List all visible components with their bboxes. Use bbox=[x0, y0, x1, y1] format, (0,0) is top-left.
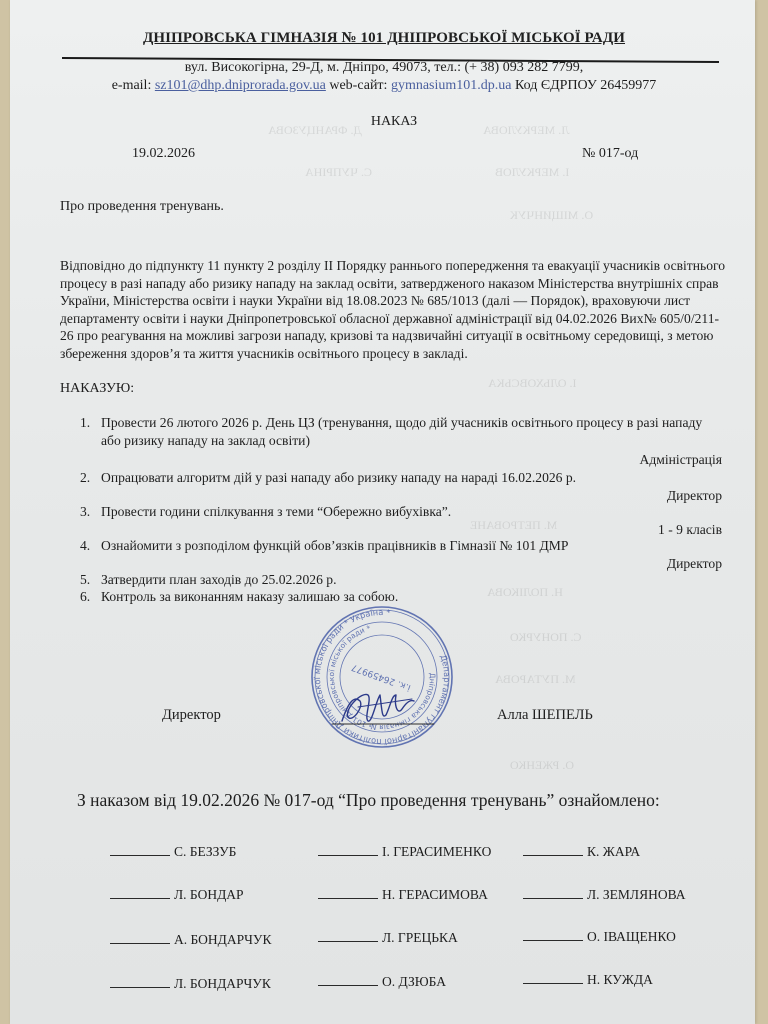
signer-name: Л. ЗЕМЛЯНОВА bbox=[587, 887, 685, 902]
bleed-through-text: М. ПУТАРОВА bbox=[495, 672, 576, 687]
signature-blank[interactable] bbox=[318, 984, 378, 986]
signature-blank[interactable] bbox=[110, 986, 170, 988]
signature-blank[interactable] bbox=[318, 897, 378, 899]
signer-name: К. ЖАРА bbox=[587, 844, 640, 859]
signer-entry: І. ГЕРАСИМЕНКО bbox=[318, 844, 491, 860]
email-label: e-mail: bbox=[112, 78, 152, 93]
signer-entry: Л. ЗЕМЛЯНОВА bbox=[523, 887, 685, 903]
item-text: Ознайомити з розподілом функцій обов’язк… bbox=[101, 537, 721, 555]
preamble-paragraph: Відповідно до підпункту 11 пункту 2 розд… bbox=[60, 257, 730, 362]
document-subject: Про проведення тренувань. bbox=[60, 199, 224, 215]
signer-entry: К. ЖАРА bbox=[523, 844, 640, 860]
signer-entry: С. БЕЗЗУБ bbox=[110, 844, 236, 860]
bleed-through-text: О. РЖЕНКО bbox=[510, 758, 574, 773]
item-number: 3. bbox=[80, 503, 90, 521]
item-responsible: Адміністрація bbox=[640, 451, 722, 469]
document-type: НАКАЗ bbox=[0, 114, 768, 130]
official-stamp-icon: Департамент гуманітарної політики Дніпро… bbox=[302, 603, 462, 748]
edrpou-code: Код ЄДРПОУ 26459977 bbox=[515, 78, 656, 93]
item-number: 2. bbox=[80, 469, 90, 487]
signer-entry: Л. ГРЕЦЬКА bbox=[318, 930, 458, 946]
bleed-through-text: І. ОЛЬХОВСЬКА bbox=[488, 376, 577, 391]
item-number: 1. bbox=[80, 414, 90, 432]
signer-name: А. БОНДАРЧУК bbox=[174, 932, 271, 947]
bleed-through-text: С. ПОНУРКО bbox=[510, 630, 582, 645]
item-text: Опрацювати алгоритм дій у разі нападу аб… bbox=[101, 469, 721, 487]
signer-name: Л. ГРЕЦЬКА bbox=[382, 930, 458, 945]
signer-entry: Н. КУЖДА bbox=[523, 972, 653, 988]
website-label: web-сайт: bbox=[329, 78, 387, 93]
signature-blank[interactable] bbox=[523, 939, 583, 941]
bleed-through-text: О. МІЩИНЧУК bbox=[510, 208, 593, 223]
signer-name: Н. ГЕРАСИМОВА bbox=[382, 887, 488, 902]
item-text: Провести 26 лютого 2026 р. День ЦЗ (трен… bbox=[101, 414, 721, 450]
signer-name: І. ГЕРАСИМЕНКО bbox=[382, 844, 491, 859]
document-date: 19.02.2026 bbox=[132, 146, 195, 162]
signer-name: Л. БОНДАРЧУК bbox=[174, 976, 271, 991]
signer-entry: А. БОНДАРЧУК bbox=[110, 932, 271, 948]
order-heading: НАКАЗУЮ: bbox=[60, 381, 134, 397]
signer-name: С. БЕЗЗУБ bbox=[174, 844, 236, 859]
bleed-through-text: С. ЧУПРІНА bbox=[305, 165, 372, 180]
signer-entry: О. ІВАЩЕНКО bbox=[523, 929, 676, 945]
stamp-code: і.к. 26459977 bbox=[350, 662, 412, 693]
signatory-role: Директор bbox=[162, 707, 221, 724]
bleed-through-text: І. МЕРКУЛОВ bbox=[495, 165, 569, 180]
signer-name: О. ІВАЩЕНКО bbox=[587, 929, 676, 944]
signer-entry: О. ДЗЮБА bbox=[318, 974, 446, 990]
organization-title: ДНІПРОВСЬКА ГІМНАЗІЯ № 101 ДНІПРОВСЬКОЇ … bbox=[0, 30, 768, 47]
document-number: № 017-од bbox=[582, 146, 638, 162]
signature-blank[interactable] bbox=[523, 982, 583, 984]
website-link[interactable]: gymnasium101.dp.ua bbox=[391, 78, 512, 93]
signer-entry: Н. ГЕРАСИМОВА bbox=[318, 887, 488, 903]
signer-name: О. ДЗЮБА bbox=[382, 974, 446, 989]
email-link[interactable]: sz101@dhp.dniprorada.gov.ua bbox=[155, 78, 326, 93]
signature-blank[interactable] bbox=[110, 897, 170, 899]
item-text: Провести години спілкування з теми “Обер… bbox=[101, 503, 721, 521]
signer-name: Н. КУЖДА bbox=[587, 972, 653, 987]
signer-entry: Л. БОНДАРЧУК bbox=[110, 976, 271, 992]
item-number: 4. bbox=[80, 537, 90, 555]
signature-blank[interactable] bbox=[523, 854, 583, 856]
item-number: 6. bbox=[80, 588, 90, 606]
item-number: 5. bbox=[80, 571, 90, 589]
signatory-name: Алла ШЕПЕЛЬ bbox=[497, 707, 593, 724]
acknowledgement-text: З наказом від 19.02.2026 № 017-од “Про п… bbox=[77, 790, 660, 811]
signature-blank[interactable] bbox=[523, 897, 583, 899]
signature-blank[interactable] bbox=[318, 940, 378, 942]
signer-entry: Л. БОНДАР bbox=[110, 887, 244, 903]
signature-blank[interactable] bbox=[318, 854, 378, 856]
item-text: Затвердити план заходів до 25.02.2026 р. bbox=[101, 571, 721, 589]
address-line: вул. Високогірна, 29-Д, м. Дніпро, 49073… bbox=[0, 60, 768, 76]
signature-blank[interactable] bbox=[110, 942, 170, 944]
signature-blank[interactable] bbox=[110, 854, 170, 856]
contact-line: e-mail: sz101@dhp.dniprorada.gov.ua web-… bbox=[0, 78, 768, 94]
signer-name: Л. БОНДАР bbox=[174, 887, 244, 902]
